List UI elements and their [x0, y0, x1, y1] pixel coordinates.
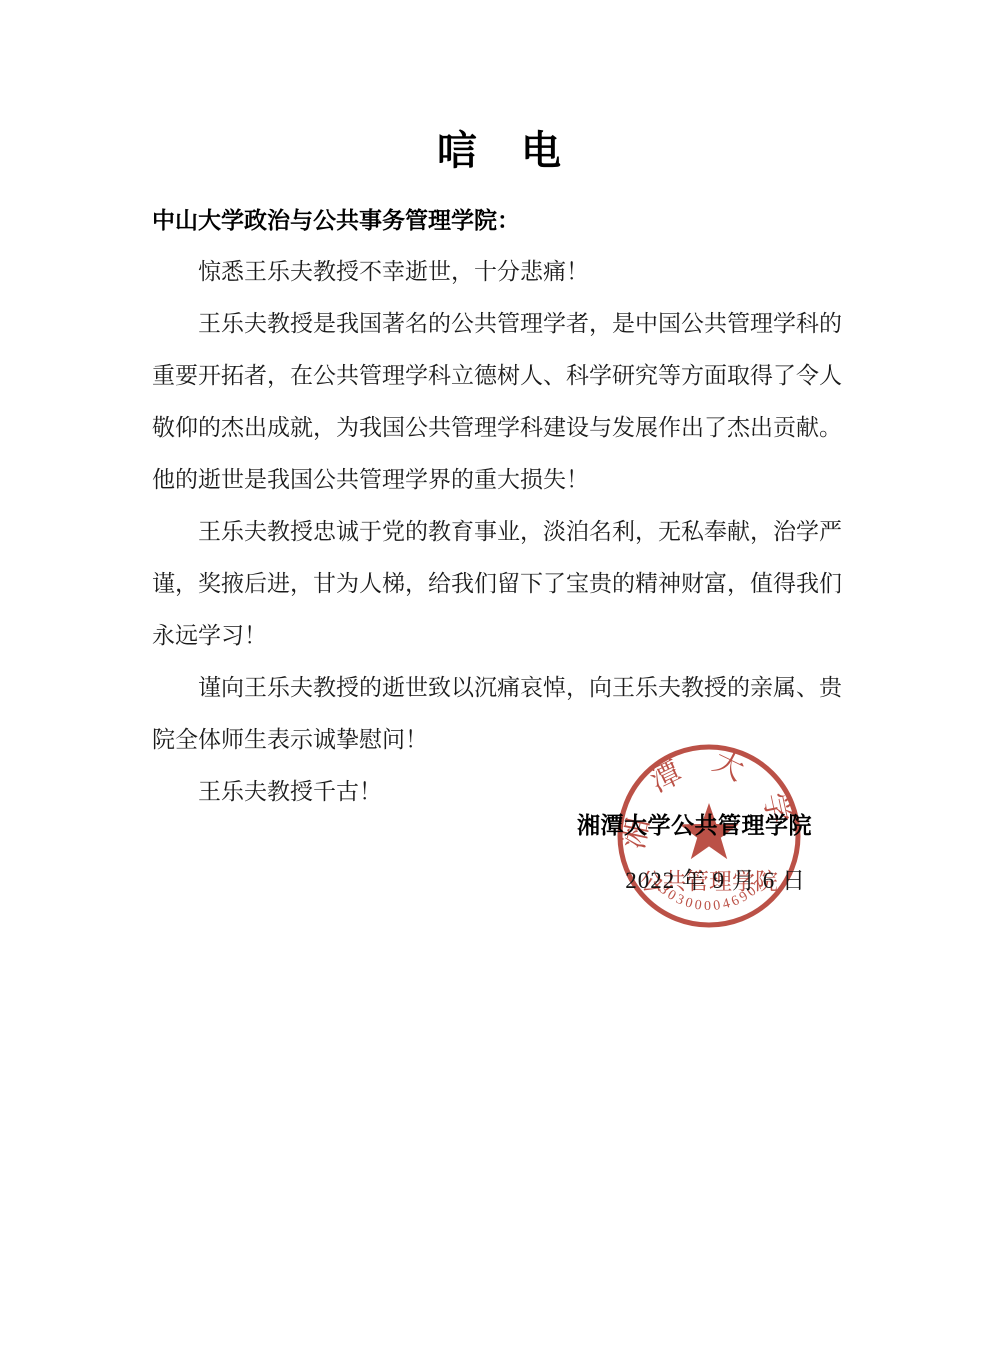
body-line: 敬仰的杰出成就，为我国公共管理学科建设与发展作出了杰出贡献。 — [152, 402, 858, 454]
body-line: 谨，奖掖后进，甘为人梯，给我们留下了宝贵的精神财富，值得我们 — [152, 558, 858, 610]
body-line: 院全体师生表示诚挚慰问！ — [152, 714, 858, 766]
body-line: 他的逝世是我国公共管理学界的重大损失！ — [152, 454, 858, 506]
body-line: 谨向王乐夫教授的逝世致以沉痛哀悼，向王乐夫教授的亲属、贵 — [152, 662, 858, 714]
date-line: 2022 年 9 月 6 日 — [0, 867, 806, 895]
signature-line: 湘潭大学公共管理学院 — [0, 812, 812, 839]
salutation-line: 中山大学政治与公共事务管理学院： — [152, 194, 852, 246]
letter-body: 惊悉王乐夫教授不幸逝世，十分悲痛！王乐夫教授是我国著名的公共管理学者，是中国公共… — [152, 246, 858, 818]
body-line: 王乐夫教授是我国著名的公共管理学者，是中国公共管理学科的 — [152, 298, 858, 350]
body-line: 王乐夫教授千古！ — [152, 766, 858, 818]
condolence-letter-page: 湘潭大学 公共管理学院 4303000046907 唁 电 中山大学政治与公共事… — [0, 0, 1000, 1372]
body-line: 王乐夫教授忠诚于党的教育事业，淡泊名利，无私奉献，治学严 — [152, 506, 858, 558]
document-title: 唁 电 — [0, 126, 1000, 176]
body-line: 惊悉王乐夫教授不幸逝世，十分悲痛！ — [152, 246, 858, 298]
body-line: 永远学习！ — [152, 610, 858, 662]
body-line: 重要开拓者，在公共管理学科立德树人、科学研究等方面取得了令人 — [152, 350, 858, 402]
